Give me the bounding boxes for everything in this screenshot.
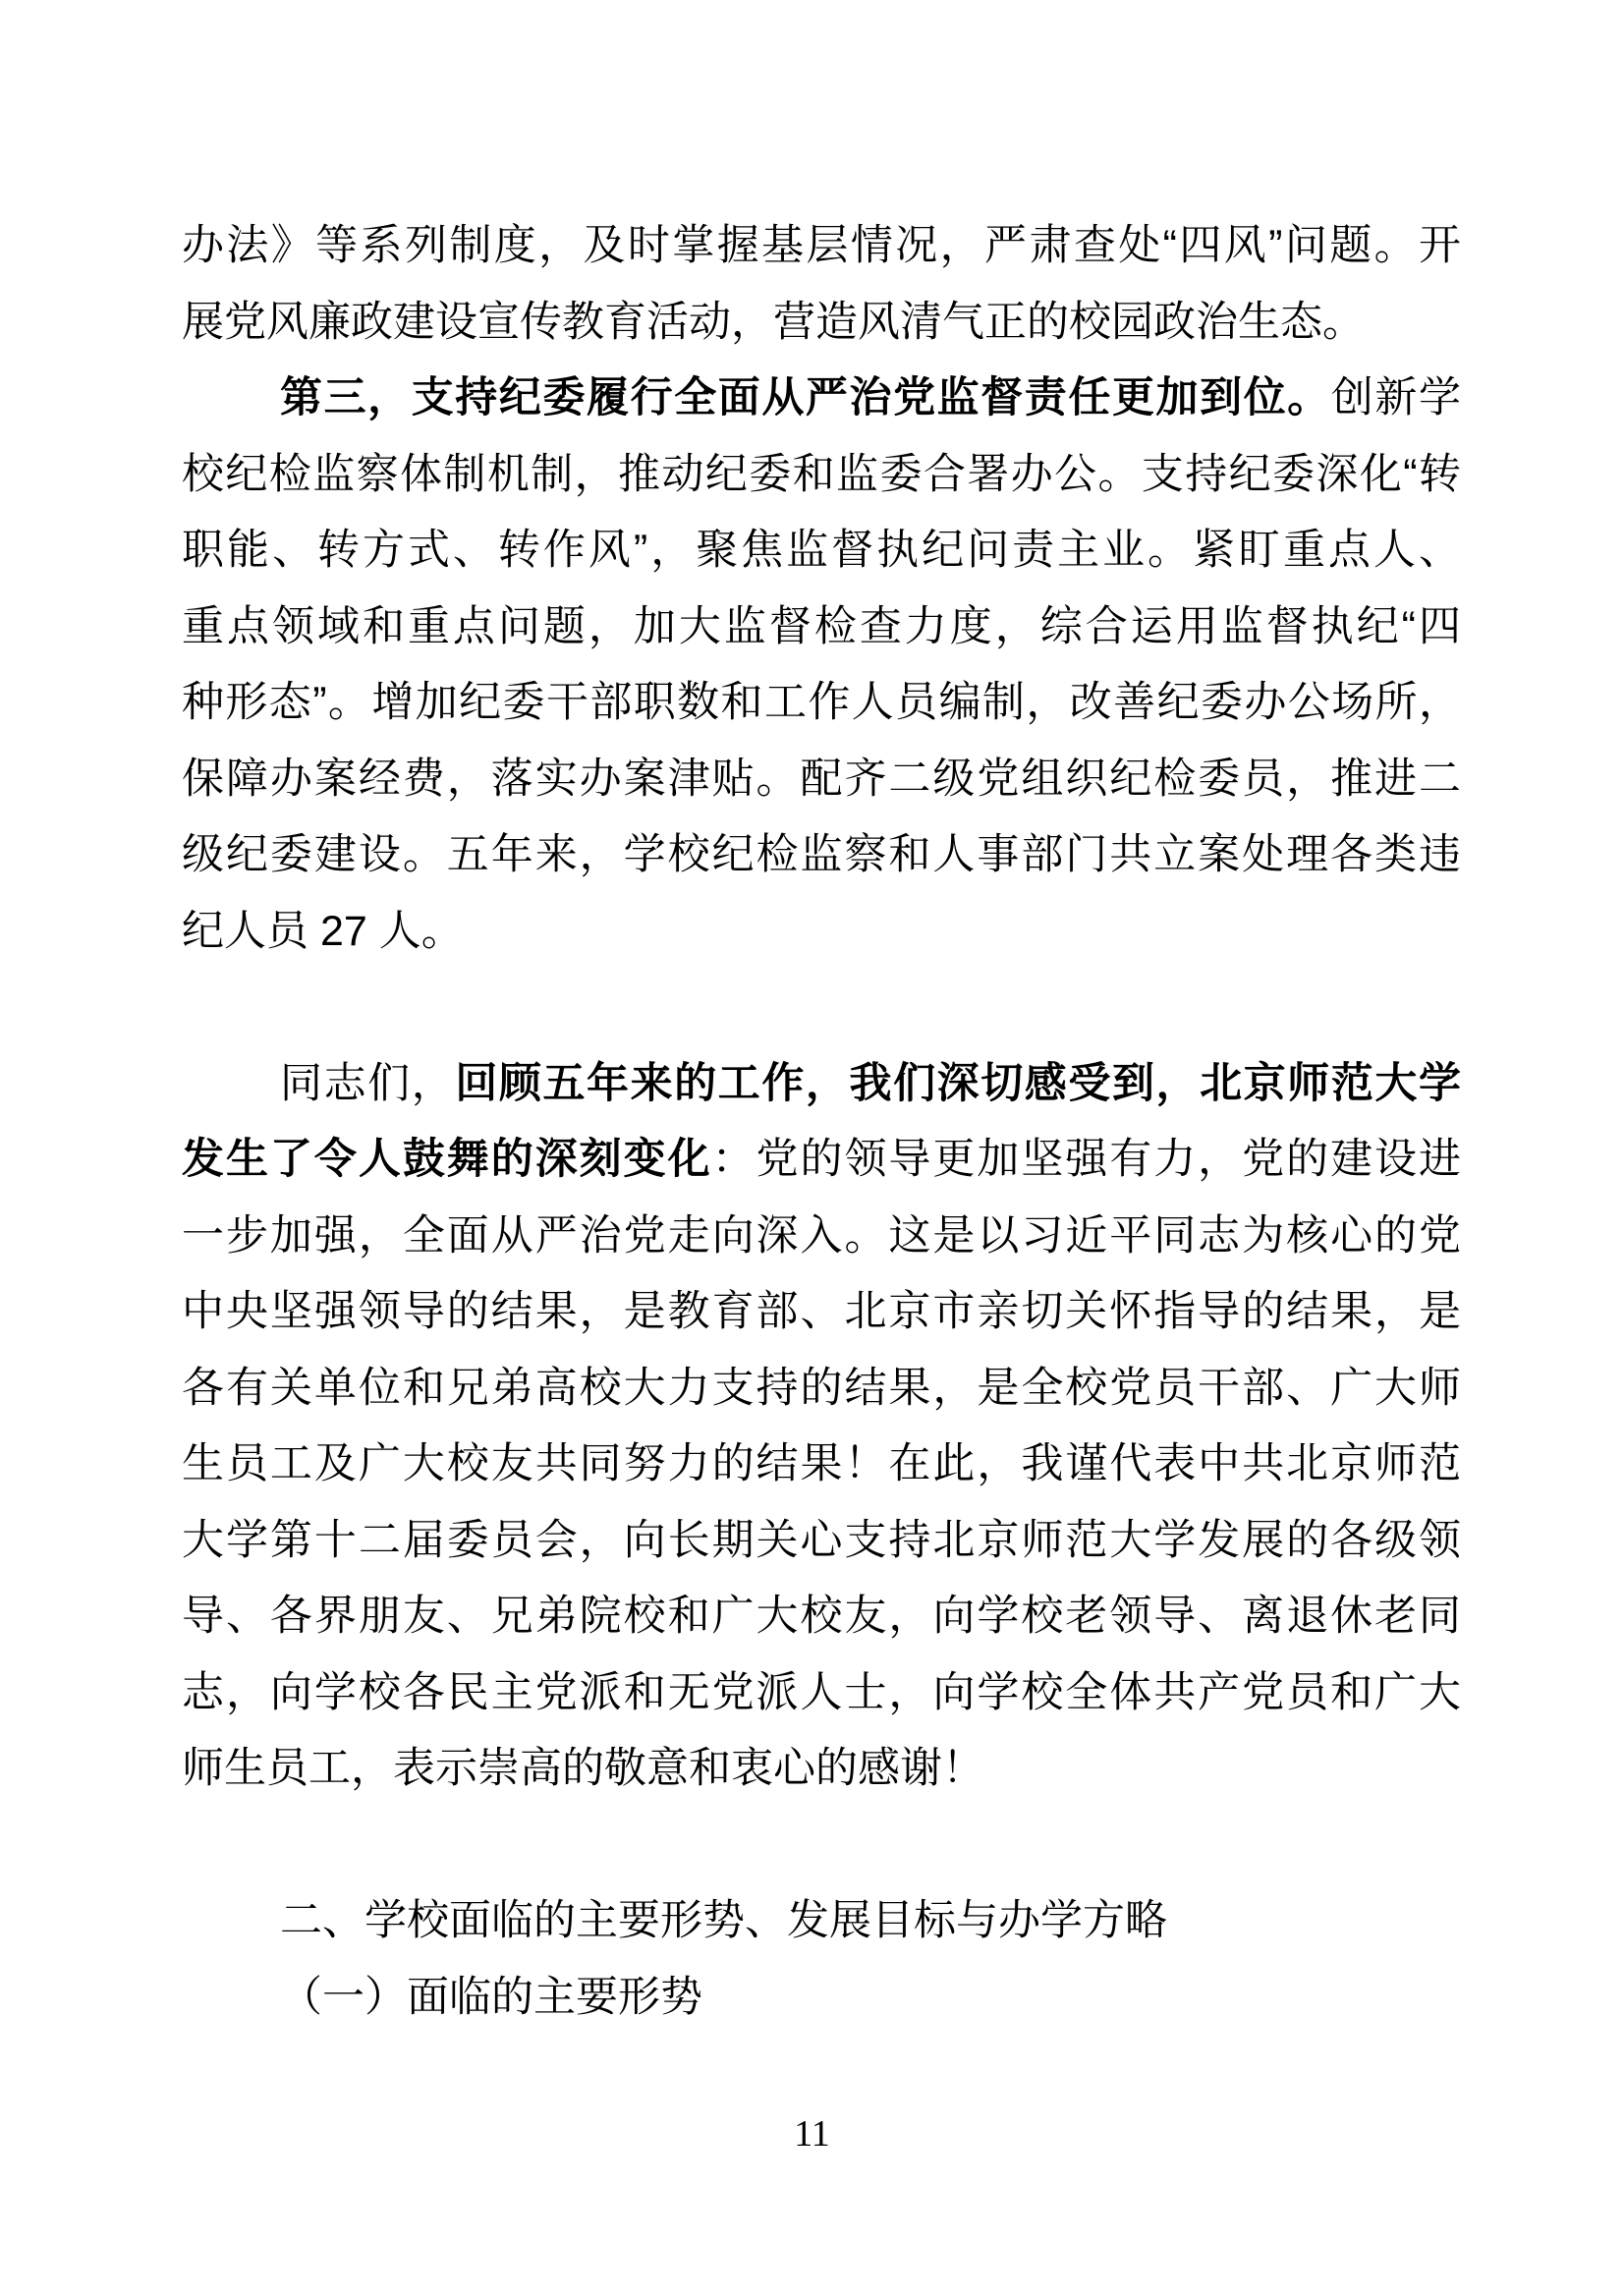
text-segment: 重点领域和重点问题，加大监督检查力度，综合运用监督执纪“四 bbox=[182, 603, 1461, 650]
text-segment: 一步加强，全面从严治党走向深入。这是以习近平同志为核心的党 bbox=[182, 1212, 1461, 1260]
text-line: 发生了令人鼓舞的深刻变化：党的领导更加坚强有力，党的建设进 bbox=[182, 1122, 1461, 1199]
text-line: 生员工及广大校友共同努力的结果！在此，我谨代表中共北京师范 bbox=[182, 1427, 1461, 1503]
text-segment: （一）面临的主要形势 bbox=[280, 1974, 702, 2021]
page-number: 11 bbox=[0, 2112, 1624, 2156]
text-line: 二、学校面临的主要形势、发展目标与办学方略 bbox=[182, 1883, 1461, 1960]
text-line: 师生员工，表示崇高的敬意和衷心的感谢！ bbox=[182, 1731, 1461, 1808]
blank-line bbox=[182, 1808, 1461, 1884]
text-line: （一）面临的主要形势 bbox=[182, 1960, 1461, 2037]
bold-text-segment: 回顾五年来的工作，我们深切感受到，北京师范大学 bbox=[455, 1060, 1461, 1107]
text-segment: 生员工及广大校友共同努力的结果！在此，我谨代表中共北京师范 bbox=[182, 1440, 1461, 1487]
text-segment: ：党的领导更加坚强有力，党的建设进 bbox=[712, 1136, 1461, 1183]
text-line: 各有关单位和兄弟高校大力支持的结果，是全校党员干部、广大师 bbox=[182, 1351, 1461, 1428]
text-line: 同志们，回顾五年来的工作，我们深切感受到，北京师范大学 bbox=[182, 1046, 1461, 1123]
document-body: 办法》等系列制度，及时掌握基层情况，严肃查处“四风”问题。开展党风廉政建设宣传教… bbox=[182, 208, 1461, 2036]
text-line: 导、各界朋友、兄弟院校和广大校友，向学校老领导、离退休老同 bbox=[182, 1579, 1461, 1655]
text-line: 种形态”。增加纪委干部职数和工作人员编制，改善纪委办公场所， bbox=[182, 665, 1461, 742]
text-segment: 校纪检监察体制机制，推动纪委和监委合署办公。支持纪委深化“转 bbox=[182, 451, 1461, 498]
bold-text-segment: 第三，支持纪委履行全面从严治党监督责任更加到位。 bbox=[280, 374, 1331, 421]
text-line: 级纪委建设。五年来，学校纪检监察和人事部门共立案处理各类违 bbox=[182, 817, 1461, 894]
bold-text-segment: 发生了令人鼓舞的深刻变化 bbox=[182, 1136, 712, 1183]
text-segment: 办法》等系列制度，及时掌握基层情况，严肃查处“四风”问题。开 bbox=[182, 222, 1461, 269]
text-segment: 大学第十二届委员会，向长期关心支持北京师范大学发展的各级领 bbox=[182, 1517, 1461, 1564]
text-segment: 同志们， bbox=[280, 1060, 455, 1107]
text-line: 校纪检监察体制机制，推动纪委和监委合署办公。支持纪委深化“转 bbox=[182, 437, 1461, 514]
text-line: 第三，支持纪委履行全面从严治党监督责任更加到位。创新学 bbox=[182, 361, 1461, 437]
text-segment: 种形态”。增加纪委干部职数和工作人员编制，改善纪委办公场所， bbox=[182, 679, 1461, 726]
text-segment: 导、各界朋友、兄弟院校和广大校友，向学校老领导、离退休老同 bbox=[182, 1593, 1461, 1640]
text-segment: 各有关单位和兄弟高校大力支持的结果，是全校党员干部、广大师 bbox=[182, 1365, 1461, 1412]
text-segment: 中央坚强领导的结果，是教育部、北京市亲切关怀指导的结果，是 bbox=[182, 1288, 1461, 1335]
text-segment: 保障办案经费，落实办案津贴。配齐二级党组织纪检委员，推进二 bbox=[182, 756, 1461, 803]
text-line: 重点领域和重点问题，加大监督检查力度，综合运用监督执纪“四 bbox=[182, 589, 1461, 666]
text-line: 保障办案经费，落实办案津贴。配齐二级党组织纪检委员，推进二 bbox=[182, 742, 1461, 818]
text-segment: 师生员工，表示崇高的敬意和衷心的感谢！ bbox=[182, 1745, 984, 1792]
text-line: 一步加强，全面从严治党走向深入。这是以习近平同志为核心的党 bbox=[182, 1199, 1461, 1275]
text-segment: 纪人员 27 人。 bbox=[182, 908, 464, 955]
text-segment: 志，向学校各民主党派和无党派人士，向学校全体共产党员和广大 bbox=[182, 1669, 1461, 1716]
text-line: 志，向学校各民主党派和无党派人士，向学校全体共产党员和广大 bbox=[182, 1655, 1461, 1732]
text-segment: 展党风廉政建设宣传教育活动，营造风清气正的校园政治生态。 bbox=[182, 299, 1365, 346]
text-segment: 级纪委建设。五年来，学校纪检监察和人事部门共立案处理各类违 bbox=[182, 831, 1461, 878]
text-line: 大学第十二届委员会，向长期关心支持北京师范大学发展的各级领 bbox=[182, 1503, 1461, 1580]
text-line: 展党风廉政建设宣传教育活动，营造风清气正的校园政治生态。 bbox=[182, 285, 1461, 362]
text-segment: 二、学校面临的主要形势、发展目标与办学方略 bbox=[280, 1897, 1167, 1944]
text-segment: 职能、转方式、转作风”，聚焦监督执纪问责主业。紧盯重点人、 bbox=[182, 527, 1461, 574]
text-segment: 创新学 bbox=[1331, 374, 1461, 421]
text-line: 纪人员 27 人。 bbox=[182, 894, 1461, 971]
text-line: 办法》等系列制度，及时掌握基层情况，严肃查处“四风”问题。开 bbox=[182, 208, 1461, 285]
text-line: 中央坚强领导的结果，是教育部、北京市亲切关怀指导的结果，是 bbox=[182, 1274, 1461, 1351]
blank-line bbox=[182, 970, 1461, 1046]
text-line: 职能、转方式、转作风”，聚焦监督执纪问责主业。紧盯重点人、 bbox=[182, 513, 1461, 589]
